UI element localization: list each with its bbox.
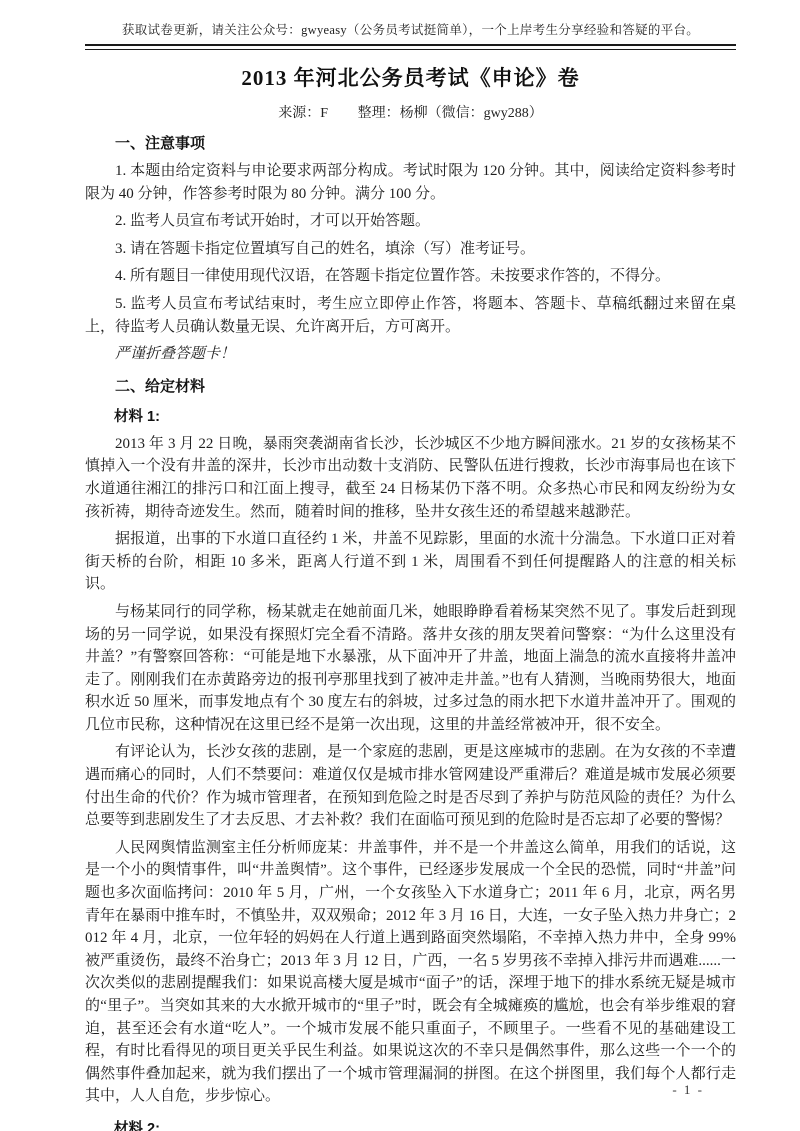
byline: 来源：F 整理：杨柳（微信：gwy288）: [85, 102, 736, 122]
notice-item-2: 2. 监考人员宣布考试开始时，才可以开始答题。: [85, 210, 736, 233]
material-1-paragraph-1: 2013 年 3 月 22 日晚，暴雨突袭湖南省长沙，长沙城区不少地方瞬间涨水。…: [85, 433, 736, 523]
material-1-label: 材料 1:: [85, 405, 736, 426]
fold-warning-note: 严谨折叠答题卡！: [85, 343, 736, 366]
section-heading-materials: 二、给定材料: [85, 375, 736, 396]
material-2-label: 材料 2:: [85, 1117, 736, 1131]
byline-editor: 整理：杨柳（微信：gwy288）: [358, 106, 543, 121]
notice-item-3: 3. 请在答题卡指定位置填写自己的姓名，填涂（写）准考证号。: [85, 238, 736, 261]
notice-item-1: 1. 本题由给定资料与申论要求两部分构成。考试时限为 120 分钟。其中，阅读给…: [85, 160, 736, 205]
notice-item-4: 4. 所有题目一律使用现代汉语，在答题卡指定位置作答。未按要求作答的，不得分。: [85, 265, 736, 288]
section-heading-notice: 一、注意事项: [85, 132, 736, 153]
notice-item-5: 5. 监考人员宣布考试结束时，考生应立即停止作答，将题本、答题卡、草稿纸翻过来留…: [85, 293, 736, 338]
document-page: 获取试卷更新，请关注公众号：gwyeasy（公务员考试挺简单），一个上岸考生分享…: [0, 0, 800, 1131]
page-number: - 1 -: [672, 1082, 704, 1098]
header-divider: [85, 44, 736, 50]
material-1-paragraph-2: 据报道，出事的下水道口直径约 1 米，井盖不见踪影，里面的水流十分湍急。下水道口…: [85, 528, 736, 596]
material-1-paragraph-4: 有评论认为，长沙女孩的悲剧，是一个家庭的悲剧，更是这座城市的悲剧。在为女孩的不幸…: [85, 741, 736, 831]
document-title: 2013 年河北公务员考试《申论》卷: [85, 62, 736, 92]
header-notice: 获取试卷更新，请关注公众号：gwyeasy（公务员考试挺简单），一个上岸考生分享…: [85, 20, 736, 44]
material-1-paragraph-3: 与杨某同行的同学称，杨某就走在她前面几米，她眼睁睁看着杨某突然不见了。事发后赶到…: [85, 601, 736, 737]
material-1-paragraph-5: 人民网舆情监测室主任分析师庞某：井盖事件，并不是一个井盖这么简单，用我们的话说，…: [85, 837, 736, 1108]
byline-source: 来源：F: [278, 106, 328, 121]
